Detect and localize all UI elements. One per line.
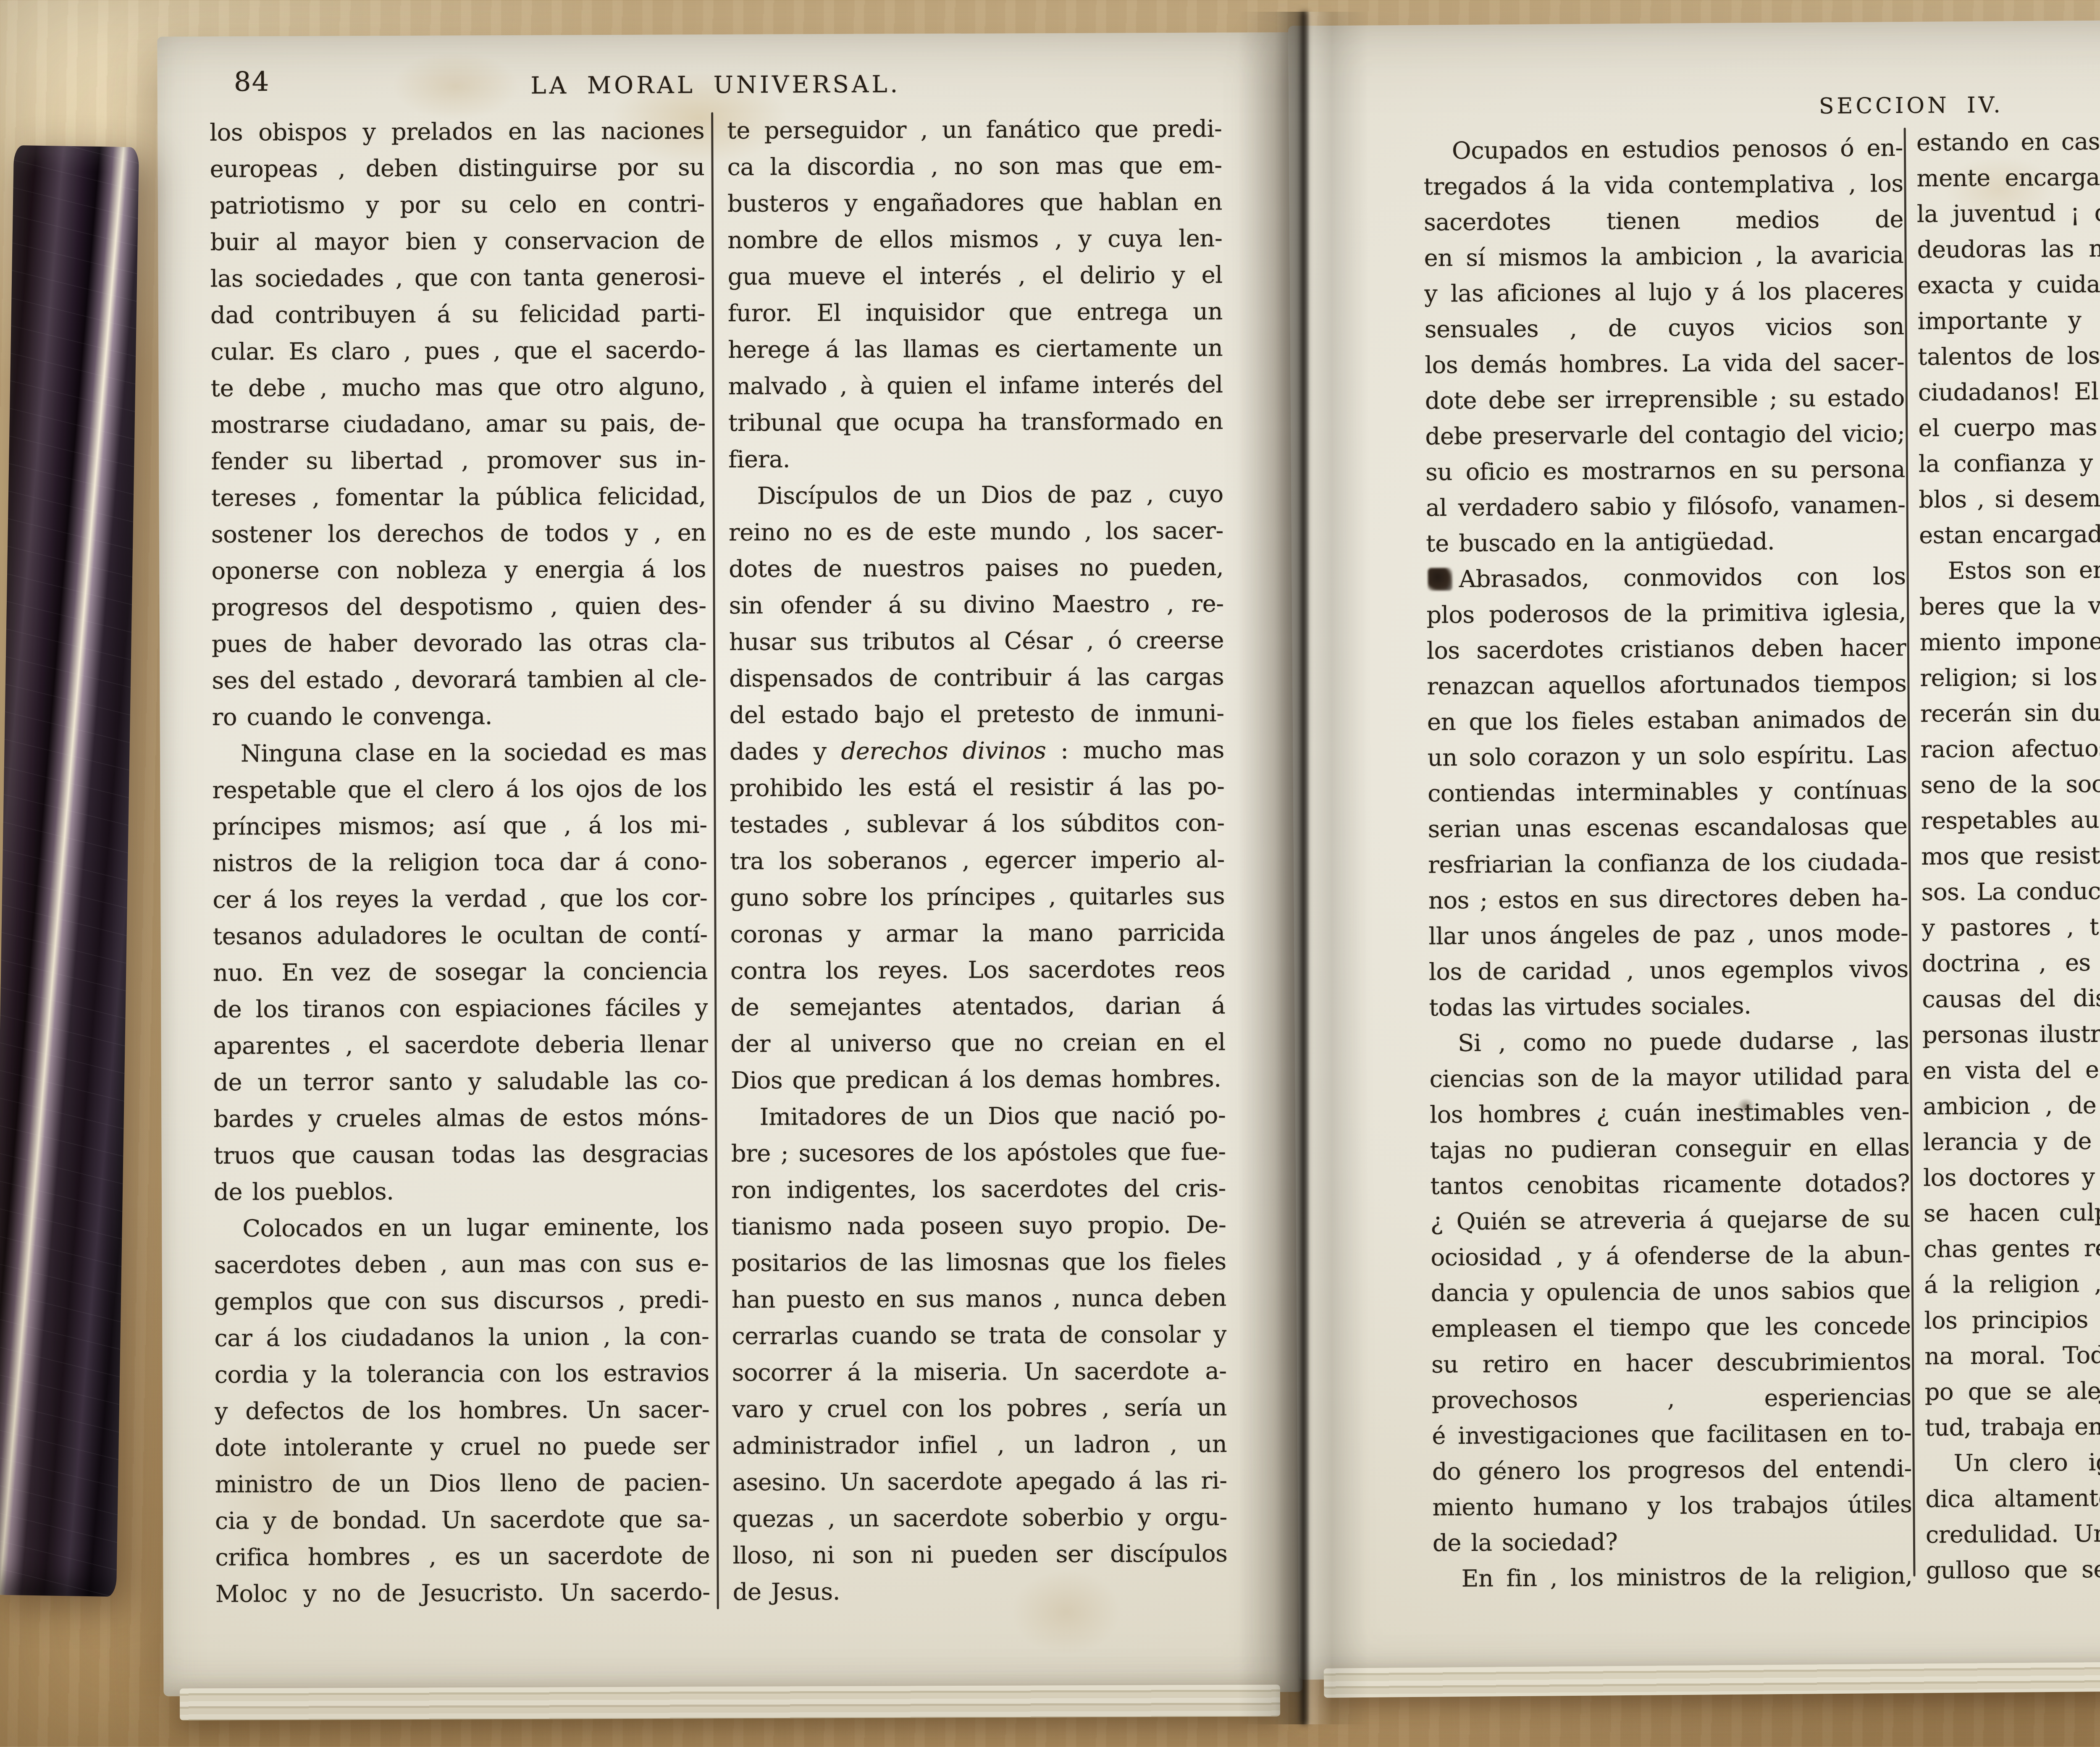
text-line: dad contribuyen á su felicidad parti-: [210, 295, 705, 334]
text-line: del estado bajo el pretesto de inmuni-: [729, 695, 1224, 734]
text-line: ociosidad , y á ofenderse de la abun-: [1431, 1237, 1911, 1276]
text-line: los principios mas evidentes de la sa-: [1924, 1300, 2100, 1339]
text-line: de la sociedad?: [1433, 1522, 1913, 1561]
text-line: los demás hombres. La vida del sacer-: [1425, 344, 1905, 383]
text-line: sacerdotes deben , aun mas con sus e-: [214, 1245, 709, 1284]
text-line: malvado , à quien el infame interés del: [728, 366, 1223, 405]
text-line: respetables aun à los ojos de los mis-: [1921, 800, 2100, 839]
text-line: Imitadores de un Dios que nació po-: [731, 1097, 1226, 1136]
text-line: han puesto en sus manos , nunca deben: [732, 1280, 1226, 1318]
text-line: der al universo que no creian en el: [730, 1024, 1225, 1062]
text-line: tianismo nada poseen suyo propio. De-: [731, 1207, 1226, 1245]
text-line: testades , sublevar á los súbditos con-: [730, 805, 1224, 843]
text-line: estando en casi todas partes esclusiva-: [1916, 122, 2100, 161]
text-line: cordia y la tolerancia con los estravios: [214, 1355, 709, 1393]
text-line: Ocupados en estudios penosos ó en-: [1423, 130, 1903, 169]
text-line: gemplos que con sus discursos , predi-: [214, 1282, 709, 1320]
text-line: dades y derechos divinos : mucho mas: [730, 732, 1224, 770]
text-line: guno sobre los príncipes , quitarles sus: [730, 878, 1225, 916]
text-line: en sí mismos la ambicion , la avaricia: [1424, 237, 1904, 276]
page-edges-left: [180, 1684, 1280, 1720]
left-page-column-1: los obispos y prelados en las nacioneseu…: [210, 113, 710, 1612]
text-line: personas ilustradas miran á la religion:: [1922, 1014, 2100, 1053]
text-line: ciudadanos! El clero sería ciertamente: [1918, 372, 2100, 411]
text-line: respetable que el clero á los ojos de lo…: [212, 770, 707, 809]
text-line: oponerse con nobleza y energia á los: [211, 551, 706, 590]
text-line: miento imponen á los ministros de la: [1919, 622, 2100, 661]
text-line: truos que causan todas las desgracias: [213, 1136, 708, 1174]
right-page-column-1: Ocupados en estudios penosos ó en-tregad…: [1423, 130, 1913, 1597]
text-line: sacerdotes tienen medios de amortiguar: [1424, 202, 1904, 241]
text-line: ciencias son de la mayor utilidad para: [1429, 1058, 1909, 1097]
text-line: socorrer á la miseria. Un sacerdote a-: [732, 1353, 1226, 1391]
text-line: sos. La conducta de muchos sacerdotes: [1921, 871, 2100, 910]
text-line: tribunal que ocupa ha transformado en: [728, 403, 1223, 441]
text-line: tantos cenobitas ricamente dotados?: [1430, 1165, 1910, 1204]
text-line: racion afectuosa de que gozan en el: [1920, 729, 2100, 768]
text-line: tud, trabaja en su misma destruccion.: [1925, 1407, 2100, 1446]
text-line: herege á las llamas es ciertamente un: [728, 330, 1223, 368]
text-line: te buscado en la antigüedad.: [1426, 523, 1906, 562]
text-line: patriotismo y por su celo en contri-: [210, 186, 705, 224]
text-line: buir al mayor bien y conservacion de: [210, 222, 705, 261]
text-line: dancia y opulencia de unos sabios que: [1431, 1272, 1911, 1312]
text-line: sin ofender á su divino Maestro , re-: [729, 585, 1223, 624]
text-line: llar unos ángeles de paz , unos mode-: [1428, 915, 1908, 955]
text-line: cular. Es claro , pues , que el sacerdo-: [210, 332, 705, 370]
text-line: doctrina , es una de las principales: [1922, 943, 2100, 982]
text-line: dica altamente la irreligion y la in-: [1925, 1478, 2100, 1517]
scanned-book-photo: { "palette": { "wood": "#c9ad7e", "wood-…: [0, 0, 2100, 1747]
text-line: ¿ Quién se atreveria á quejarse de su: [1431, 1201, 1911, 1240]
text-line: dote debe ser irreprensible ; su estado: [1425, 380, 1905, 419]
text-line: bre ; sucesores de los apóstoles que fue…: [731, 1133, 1226, 1172]
text-line: asesino. Un sacerdote apegado á las ri-: [732, 1462, 1227, 1501]
text-line: fender su libertad , promover sus in-: [211, 441, 706, 480]
text-line: los de caridad , unos egemplos vivos de: [1429, 951, 1909, 990]
text-line: importante y penosa de cultivar los: [1917, 300, 2100, 339]
text-line: cerrarlas cuando se trata de consolar y: [732, 1316, 1226, 1355]
text-line: positarios de las limosnas que los fiele…: [731, 1243, 1226, 1282]
text-line: serian unas escenas escandalosas que: [1428, 808, 1908, 847]
text-line: é investigaciones que facilitasen en to-: [1432, 1415, 1912, 1454]
text-line: de semejantes atentados, darian á enten-: [730, 987, 1225, 1026]
text-line: sensuales , de cuyos vicios son víctimas: [1424, 309, 1904, 348]
text-line: quezas , un sacerdote soberbio y orgu-: [732, 1499, 1227, 1537]
text-line: gua mueve el interés , el delirio y el: [727, 257, 1222, 295]
text-line: busteros y engañadores que hablan en: [727, 184, 1222, 222]
left-page-column-2: te perseguidor , un fanático que predi-c…: [727, 110, 1228, 1610]
text-line: cia y de bondad. Un sacerdote que sa-: [215, 1501, 710, 1540]
text-line: miento humano y los trabajos útiles: [1432, 1487, 1912, 1526]
text-line: Discípulos de un Dios de paz , cuyo: [728, 476, 1223, 514]
text-line: reino no es de este mundo , los sacer-: [729, 512, 1223, 551]
text-line: príncipes mismos; así que , á los mi-: [212, 807, 707, 845]
text-line: talentos de los que un dia han de ser: [1918, 336, 2100, 375]
text-line: progresos del despotismo , quien des-: [211, 588, 706, 626]
text-line: Ninguna clase en la sociedad es mas: [212, 734, 707, 772]
text-line: furor. El inquisidor que entrega un: [728, 293, 1223, 332]
text-line: nistros de la religion toca dar á cono-: [213, 843, 707, 882]
text-line: dotes de nuestros paises no pueden,: [729, 549, 1223, 588]
text-line: contiendas interminables y contínuas: [1428, 773, 1908, 812]
text-line: beres que la vida social y el reconoci-: [1919, 586, 2100, 625]
text-line: el cuerpo mas útil y el mas digno de: [1918, 407, 2100, 446]
text-line: na moral. Todo hombre ó todo cuer-: [1924, 1335, 2100, 1375]
text-line: Estos son en pocas palabras los de-: [1919, 550, 2100, 589]
text-line: de los tiranos con espiaciones fáciles y: [213, 989, 708, 1028]
text-line: ambicion , de la codicia , de la into-: [1923, 1086, 2100, 1125]
text-line: mente encargados de la educacion de: [1916, 157, 2100, 197]
text-line: y las aficiones al lujo y á los placeres: [1424, 273, 1904, 312]
text-line: te debe , mucho mas que otro alguno,: [210, 368, 705, 407]
text-line: En fin , los ministros de la religion,: [1433, 1558, 1913, 1597]
text-line: do género los progresos del entendi-: [1432, 1451, 1912, 1490]
text-line: crifica hombres , es un sacerdote de: [215, 1537, 710, 1576]
text-line: en que los fieles estaban animados de: [1427, 701, 1907, 740]
text-line: dote intolerante y cruel no puede ser: [215, 1428, 709, 1466]
text-line: causas del disgusto con que muchas: [1922, 978, 2100, 1018]
text-line: car á los ciudadanos la union , la con-: [214, 1318, 709, 1357]
text-line: todas las virtudes sociales.: [1429, 987, 1909, 1026]
text-line: dispensados de contribuir á las cargas: [729, 658, 1224, 697]
text-line: á la religion , como incompatible con: [1924, 1264, 2100, 1303]
text-line: exacta y cuidadosamente con la tarea: [1917, 265, 2100, 304]
text-line: mos que resisten á sus dogmas religio-: [1921, 836, 2100, 875]
text-line: Colocados en un lugar eminente, los: [214, 1209, 709, 1247]
text-line: tregados á la vida contemplativa , los: [1423, 166, 1903, 205]
text-line: recerán sin duda los bienes y la vene-: [1920, 693, 2100, 732]
text-line: lloso, ni son ni pueden ser discípulos: [732, 1535, 1227, 1574]
text-line: pues de haber devorado las otras cla-: [212, 624, 706, 663]
text-line: chas gentes repugnan y menosprecian: [1924, 1228, 2100, 1267]
text-line: Moloc y no de Jesucristo. Un sacerdo-: [215, 1574, 710, 1613]
book-weight-bar-left: [0, 145, 139, 1597]
text-line: aparentes , el sacerdote deberia llenar: [213, 1026, 708, 1065]
column-divider-left: [711, 112, 719, 1609]
text-line: blos , si desempeñase los oficios que le: [1919, 479, 2100, 518]
text-line: coronas y armar la mano parricida: [730, 914, 1225, 953]
text-line: prohibido les está el resistir á las po-: [730, 768, 1224, 807]
text-line: religion; si los cumplen fielmente, me-: [1920, 657, 2100, 696]
text-line: y defectos de los hombres. Un sacer-: [215, 1391, 709, 1430]
text-line: la juventud ¡ de cuánto no les serian: [1917, 193, 2100, 232]
text-line: se hacen culpables con frecuencia , mu-: [1923, 1193, 2100, 1232]
text-line: la confianza y del aprecio de los pue-: [1919, 443, 2100, 482]
text-line: de los pueblos.: [214, 1172, 709, 1211]
text-line: tereses , fomentar la pública felicidad,: [211, 478, 706, 517]
text-line: europeas , deben distinguirse por su: [210, 149, 704, 188]
text-line: los sacerdotes cristianos deben hacer qu…: [1427, 630, 1907, 669]
text-line: estan encargados.: [1919, 514, 2100, 553]
text-line: ro cuando le convenga.: [212, 697, 706, 736]
text-line: en vista del espíritu despótico , de la: [1922, 1050, 2100, 1089]
right-page: SECCION IV. 85 Ocupados en estudios peno…: [1288, 18, 2100, 1679]
text-line: cer á los reyes la verdad , que los cor-: [213, 880, 707, 918]
text-line: te perseguidor , un fanático que predi-: [727, 110, 1222, 149]
left-page: 84 LA MORAL UNIVERSAL. los obispos y pre…: [157, 32, 1302, 1696]
text-line: los doctores y maestros de los pueblos: [1923, 1157, 2100, 1196]
text-line: y pastores , tan poco arreglada á su: [1921, 907, 2100, 946]
text-line: varo y cruel con los pobres , sería un: [732, 1389, 1227, 1428]
text-line: husar sus tributos al César , ó creerse: [729, 622, 1224, 661]
text-line: Dios que predican á los demas hombres.: [731, 1060, 1226, 1099]
text-line: fiera.: [728, 439, 1223, 478]
text-line: bardes y crueles almas de estos móns-: [213, 1099, 708, 1138]
text-line: empleasen el tiempo que les concede: [1431, 1308, 1911, 1347]
text-line: Abrasados, conmovidos con los egem-: [1426, 559, 1906, 598]
text-line: lerancia y de la inhumanidad de que: [1923, 1121, 2100, 1160]
right-page-column-2: estando en casi todas partes esclusiva-m…: [1916, 122, 2100, 1588]
text-line: nombre de ellos mismos , y cuya len-: [727, 220, 1222, 259]
text-line: los obispos y prelados en las naciones: [210, 113, 704, 151]
text-line: Un clero ignorante y vicioso pre-: [1925, 1443, 2100, 1482]
text-line: Si , como no puede dudarse , las: [1429, 1023, 1909, 1062]
text-line: renazcan aquellos afortunados tiempos: [1427, 666, 1907, 705]
running-title-right: SECCION IV.: [1423, 90, 2100, 121]
text-line: contra los reyes. Los sacerdotes reos: [730, 951, 1225, 989]
text-line: provechosos , esperiencias interesantes,: [1431, 1380, 1911, 1419]
text-line: sostener los derechos de todos y , en fi…: [211, 514, 706, 553]
text-line: administrador infiel , un ladron , un: [732, 1426, 1227, 1464]
text-line: ca la discordia , no son mas que em-: [727, 147, 1222, 186]
text-line: plos poderosos de la primitiva iglesia,: [1426, 594, 1906, 633]
text-line: nuo. En vez de sosegar la conciencia: [213, 953, 708, 992]
text-line: po que se aleja del camino de la vir-: [1924, 1371, 2100, 1410]
text-line: gulloso que se desdeña de hacer cau-: [1926, 1550, 2100, 1589]
text-line: ministro de un Dios lleno de pacien-: [215, 1464, 709, 1503]
text-line: debe preservarle del contagio del vicio;: [1425, 416, 1905, 455]
text-line: tra los soberanos , egercer imperio al-: [730, 841, 1225, 880]
text-line: de Jesus.: [732, 1572, 1227, 1611]
text-line: tajas no pudieran conseguir en ellas: [1430, 1130, 1910, 1169]
text-line: nos ; estos en sus directores deben ha-: [1428, 880, 1908, 919]
text-line: los hombres ¿ cuán inestimables ven-: [1430, 1094, 1910, 1133]
text-line: credulidad. Un cuerpo tan vano y or-: [1926, 1514, 2100, 1553]
text-line: su oficio es mostrarnos en su persona: [1425, 451, 1906, 491]
text-line: ron indigentes, los sacerdotes del cris-: [731, 1170, 1226, 1209]
text-line: su retiro en hacer descubrimientos: [1431, 1344, 1911, 1383]
text-line: al verdadero sabio y filósofo, vanamen-: [1425, 487, 1906, 526]
ink-blot: [1428, 568, 1452, 590]
text-line: ses del estado , devorará tambien al cle…: [212, 661, 706, 699]
text-line: tesanos aduladores le ocultan de contí-: [213, 916, 707, 955]
text-line: deudoras las naciones , si cumpliesen: [1917, 229, 2100, 268]
text-line: seno de la sociedad , y serán útiles y: [1921, 764, 2100, 803]
text-line: de un terror santo y saludable las co-: [213, 1062, 708, 1101]
text-line: las sociedades , que con tanta generosi-: [210, 259, 705, 297]
text-line: resfriarian la confianza de los ciudada-: [1428, 844, 1908, 883]
text-line: mostrarse ciudadano, amar su pais, de-: [211, 405, 706, 443]
text-line: un solo corazon y un solo espíritu. Las: [1427, 737, 1907, 776]
running-title-left: LA MORAL UNIVERSAL.: [210, 69, 1222, 100]
